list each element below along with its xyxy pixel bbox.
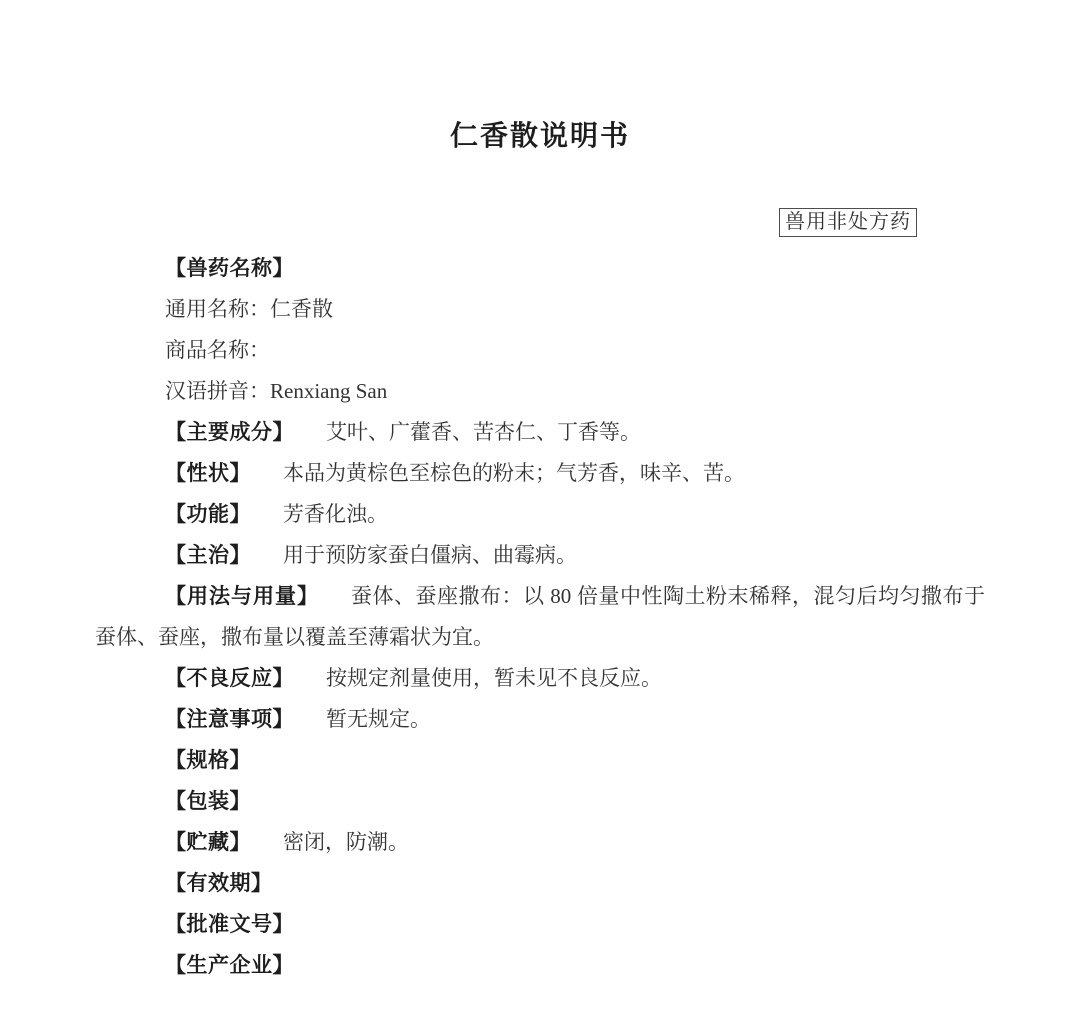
- otc-badge: 兽用非处方药: [779, 208, 917, 237]
- section-function: 【功能】芳香化浊。: [95, 494, 985, 535]
- section-label: 【生产企业】: [165, 954, 294, 977]
- line-trade-name: 商品名称：: [95, 330, 985, 371]
- section-label: 【性状】: [165, 462, 251, 485]
- section-label: 【有效期】: [165, 872, 273, 895]
- section-validity-period: 【有效期】: [95, 863, 985, 904]
- section-content: 用于预防家蚕白僵病、曲霉病。: [283, 543, 577, 567]
- line-generic-name: 通用名称：仁香散: [95, 289, 985, 330]
- section-content: 本品为黄棕色至棕色的粉末；气芳香，味辛、苦。: [283, 461, 745, 485]
- section-content: 密闭，防潮。: [283, 830, 409, 854]
- line-pinyin: 汉语拼音：Renxiang San: [95, 371, 985, 412]
- section-storage: 【贮藏】密闭，防潮。: [95, 822, 985, 863]
- section-content: 商品名称：: [165, 338, 270, 362]
- section-usage-dosage: 【用法与用量】蚕体、蚕座撒布：以 80 倍量中性陶土粉末稀释，混匀后均匀撒布于蚕…: [95, 576, 985, 658]
- section-label: 【不良反应】: [165, 667, 294, 690]
- section-content: 通用名称：仁香散: [165, 297, 333, 321]
- section-content: 芳香化浊。: [283, 502, 388, 526]
- section-content: 艾叶、广藿香、苦杏仁、丁香等。: [326, 420, 641, 444]
- section-label: 【包装】: [165, 790, 251, 813]
- section-label: 【注意事项】: [165, 708, 294, 731]
- section-label: 【贮藏】: [165, 831, 251, 854]
- section-label: 【批准文号】: [165, 913, 294, 936]
- section-approval-number: 【批准文号】: [95, 904, 985, 945]
- section-label: 【主治】: [165, 544, 251, 567]
- section-label: 【主要成分】: [165, 421, 294, 444]
- section-precautions: 【注意事项】暂无规定。: [95, 699, 985, 740]
- document-title: 仁香散说明书: [0, 0, 1080, 154]
- section-label: 【兽药名称】: [165, 257, 294, 280]
- section-drug-name: 【兽药名称】: [95, 248, 985, 289]
- otc-badge-row: 兽用非处方药: [0, 208, 1080, 237]
- section-packaging: 【包装】: [95, 781, 985, 822]
- document-page: 仁香散说明书 兽用非处方药 【兽药名称】 通用名称：仁香散 商品名称： 汉语拼音…: [0, 0, 1080, 1031]
- section-content: 暂无规定。: [326, 707, 431, 731]
- section-label: 【规格】: [165, 749, 251, 772]
- section-manufacturer: 【生产企业】: [95, 945, 985, 986]
- section-label: 【功能】: [165, 503, 251, 526]
- section-adverse-reactions: 【不良反应】按规定剂量使用，暂未见不良反应。: [95, 658, 985, 699]
- section-content: 汉语拼音：Renxiang San: [165, 379, 387, 403]
- section-indications: 【主治】用于预防家蚕白僵病、曲霉病。: [95, 535, 985, 576]
- section-label: 【用法与用量】: [165, 585, 319, 608]
- section-content: 按规定剂量使用，暂未见不良反应。: [326, 666, 662, 690]
- section-characteristics: 【性状】本品为黄棕色至棕色的粉末；气芳香，味辛、苦。: [95, 453, 985, 494]
- section-main-ingredients: 【主要成分】艾叶、广藿香、苦杏仁、丁香等。: [95, 412, 985, 453]
- section-specification: 【规格】: [95, 740, 985, 781]
- document-body: 【兽药名称】 通用名称：仁香散 商品名称： 汉语拼音：Renxiang San …: [0, 248, 1080, 986]
